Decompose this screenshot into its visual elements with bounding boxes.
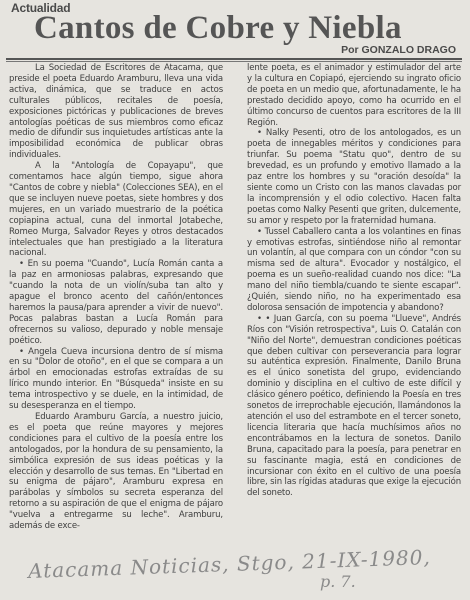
header-rule bbox=[6, 58, 462, 60]
paragraph: • En su poema "Cuando", Lucía Román cant… bbox=[9, 259, 223, 346]
handwritten-citation: Atacama Noticias, Stgo, 21-IX-1980, bbox=[28, 545, 431, 583]
paragraph: Eduardo Aramburu García, a nuestro juici… bbox=[9, 412, 223, 532]
paragraph: A la "Antología de Copayapu", que coment… bbox=[9, 161, 223, 259]
left-column: La Sociedad de Escritores de Atacama, qu… bbox=[9, 63, 223, 532]
newspaper-clipping: Actualidad Cantos de Cobre y Niebla Por … bbox=[0, 0, 470, 600]
byline: Por GONZALO DRAGO bbox=[341, 44, 456, 56]
handwritten-page: p. 7. bbox=[320, 572, 356, 591]
right-column: lente poeta, es el animador y estimulado… bbox=[247, 63, 461, 499]
paragraph: • Angela Cueva incursiona dentro de sí m… bbox=[9, 347, 223, 412]
paragraph: La Sociedad de Escritores de Atacama, qu… bbox=[9, 63, 223, 161]
paragraph: lente poeta, es el animador y estimulado… bbox=[247, 63, 461, 128]
article-title: Cantos de Cobre y Niebla bbox=[34, 10, 454, 47]
paragraph: • Nalky Pesenti, otro de los antologados… bbox=[247, 128, 461, 226]
paragraph: • • Juan García, con su poema "Llueve", … bbox=[247, 314, 461, 499]
paragraph: • Tussel Caballero canta a los volantine… bbox=[247, 227, 461, 314]
header-rule-thin bbox=[6, 61, 462, 62]
